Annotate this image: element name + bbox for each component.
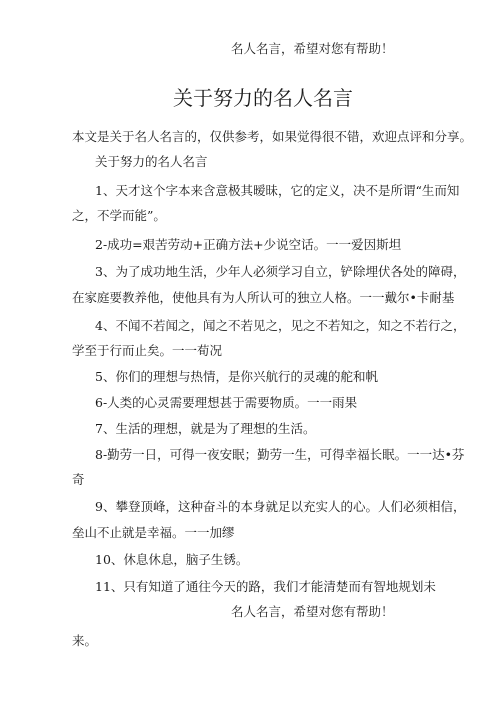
quote-line: 学至于行而止矣。一一荀况 xyxy=(72,341,222,359)
quote-line: 10、休息休息，脑子生锈。 xyxy=(95,550,248,568)
footer-note: 名人名言，希望对您有帮助！ xyxy=(231,602,394,620)
quote-line: 9、攀登顶峰，这种奋斗的本身就足以充实人的心。人们必须相信， xyxy=(95,497,465,515)
quote-line: 7、生活的理想，就是为了理想的生活。 xyxy=(95,419,315,437)
subheading: 关于努力的名人名言 xyxy=(95,152,208,170)
quote-line: 垒山不止就是幸福。一一加缪 xyxy=(72,523,235,541)
quote-line: 奇 xyxy=(72,470,85,488)
quote-line: 11、只有知道了通往今天的路，我们才能清楚而有智地规划未 xyxy=(95,577,436,595)
quote-line: 6-人类的心灵需要理想甚于需要物质。一一雨果 xyxy=(95,393,357,411)
quote-line: 4、不闻不若闻之，闻之不若见之，见之不若知之，知之不若行之， xyxy=(95,316,465,334)
page-title: 关于努力的名人名言 xyxy=(173,82,353,111)
quote-line: 在家庭要教养他，使他具有为人所认可的独立人格。一一戴尔•卡耐基 xyxy=(72,288,454,306)
quote-line: 3、为了成功地生活，少年人必须学习自立，铲除埋伏各处的障碍， xyxy=(95,262,465,280)
header-note: 名人名言，希望对您有帮助！ xyxy=(231,39,394,57)
quote-line: 8-勤劳一日，可得一夜安眠；勤劳一生，可得幸福长眠。一一达•芬 xyxy=(95,445,465,463)
continuation-text: 来。 xyxy=(72,631,97,649)
quote-line: 5、你们的理想与热情，是你兴航行的灵魂的舵和帆 xyxy=(95,367,378,385)
quote-line: 2-成功=艰苦劳动+正确方法+少说空话。一一爱因斯坦 xyxy=(95,235,401,253)
quote-line: 之，不学而能”。 xyxy=(72,206,166,224)
intro-paragraph: 本文是关于名人名言的，仅供参考，如果觉得很不错，欢迎点评和分享。 xyxy=(72,127,472,145)
quote-line: 1、天才这个字本来含意极其暧昧，它的定义，决不是所谓“生而知 xyxy=(95,181,459,199)
